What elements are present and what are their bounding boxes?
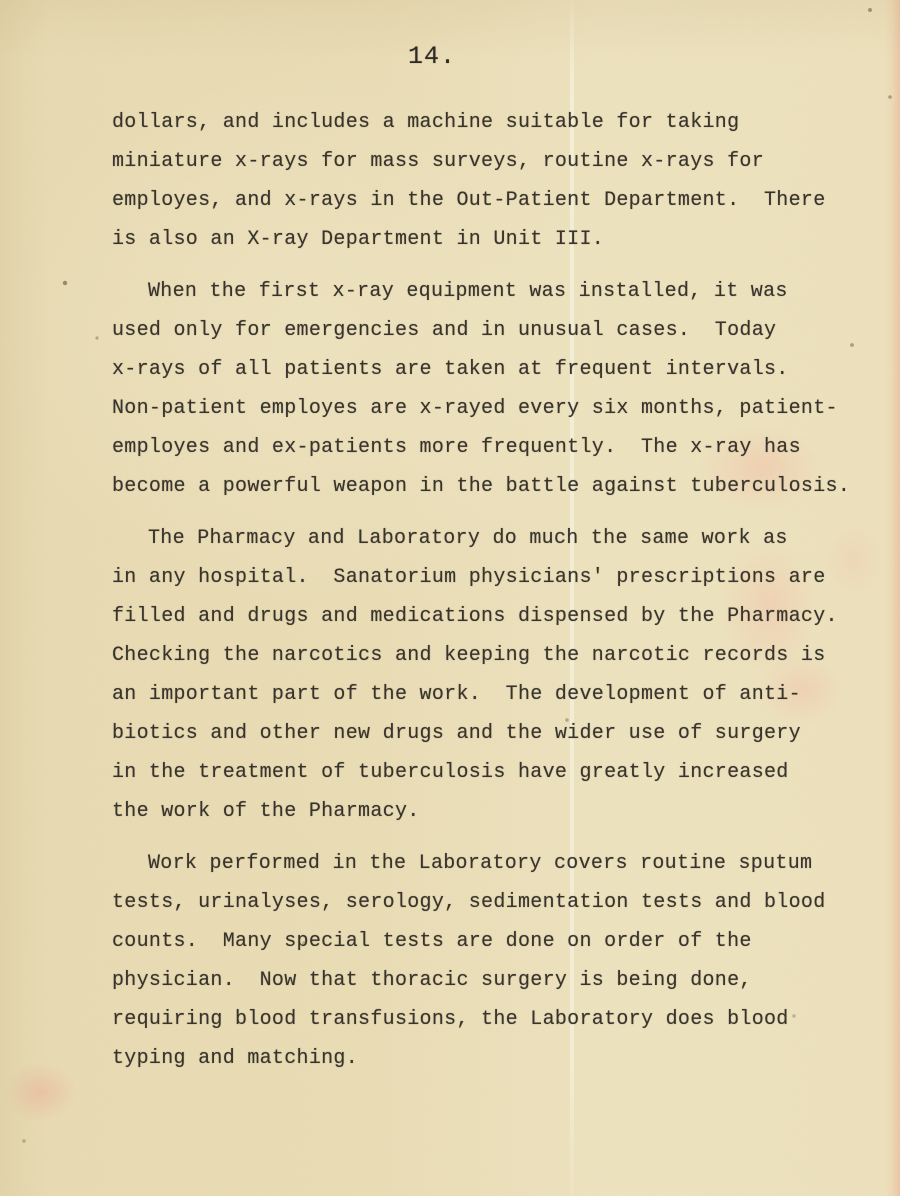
- paragraph: The Pharmacy and Laboratory do much the …: [112, 519, 852, 831]
- text-line: become a powerful weapon in the battle a…: [112, 467, 852, 506]
- text-line: The Pharmacy and Laboratory do much the …: [112, 519, 852, 558]
- text-line: x-rays of all patients are taken at freq…: [112, 350, 852, 389]
- text-line: is also an X-ray Department in Unit III.: [112, 220, 852, 259]
- text-line: in the treatment of tuberculosis have gr…: [112, 753, 852, 792]
- paragraph: When the first x-ray equipment was insta…: [112, 272, 852, 506]
- dust-specks: [0, 0, 2, 2]
- text-line: counts. Many special tests are done on o…: [112, 922, 852, 961]
- page-number: 14.: [408, 42, 456, 71]
- paragraph: dollars, and includes a machine suitable…: [112, 103, 852, 259]
- text-line: Work performed in the Laboratory covers …: [112, 844, 852, 883]
- text-line: typing and matching.: [112, 1039, 852, 1078]
- scanned-document-page: 14. dollars, and includes a machine suit…: [0, 0, 900, 1196]
- paragraph: Work performed in the Laboratory covers …: [112, 844, 852, 1078]
- text-line: tests, urinalyses, serology, sedimentati…: [112, 883, 852, 922]
- document-body: dollars, and includes a machine suitable…: [112, 103, 852, 1078]
- text-line: an important part of the work. The devel…: [112, 675, 852, 714]
- text-line: dollars, and includes a machine suitable…: [112, 103, 852, 142]
- text-line: used only for emergencies and in unusual…: [112, 311, 852, 350]
- text-line: miniature x-rays for mass surveys, routi…: [112, 142, 852, 181]
- text-line: Checking the narcotics and keeping the n…: [112, 636, 852, 675]
- text-line: employes, and x-rays in the Out-Patient …: [112, 181, 852, 220]
- text-line: employes and ex-patients more frequently…: [112, 428, 852, 467]
- text-line: Non-patient employes are x-rayed every s…: [112, 389, 852, 428]
- text-line: biotics and other new drugs and the wide…: [112, 714, 852, 753]
- text-line: When the first x-ray equipment was insta…: [112, 272, 852, 311]
- text-line: requiring blood transfusions, the Labora…: [112, 1000, 852, 1039]
- text-line: filled and drugs and medications dispens…: [112, 597, 852, 636]
- text-line: the work of the Pharmacy.: [112, 792, 852, 831]
- text-line: in any hospital. Sanatorium physicians' …: [112, 558, 852, 597]
- text-line: physician. Now that thoracic surgery is …: [112, 961, 852, 1000]
